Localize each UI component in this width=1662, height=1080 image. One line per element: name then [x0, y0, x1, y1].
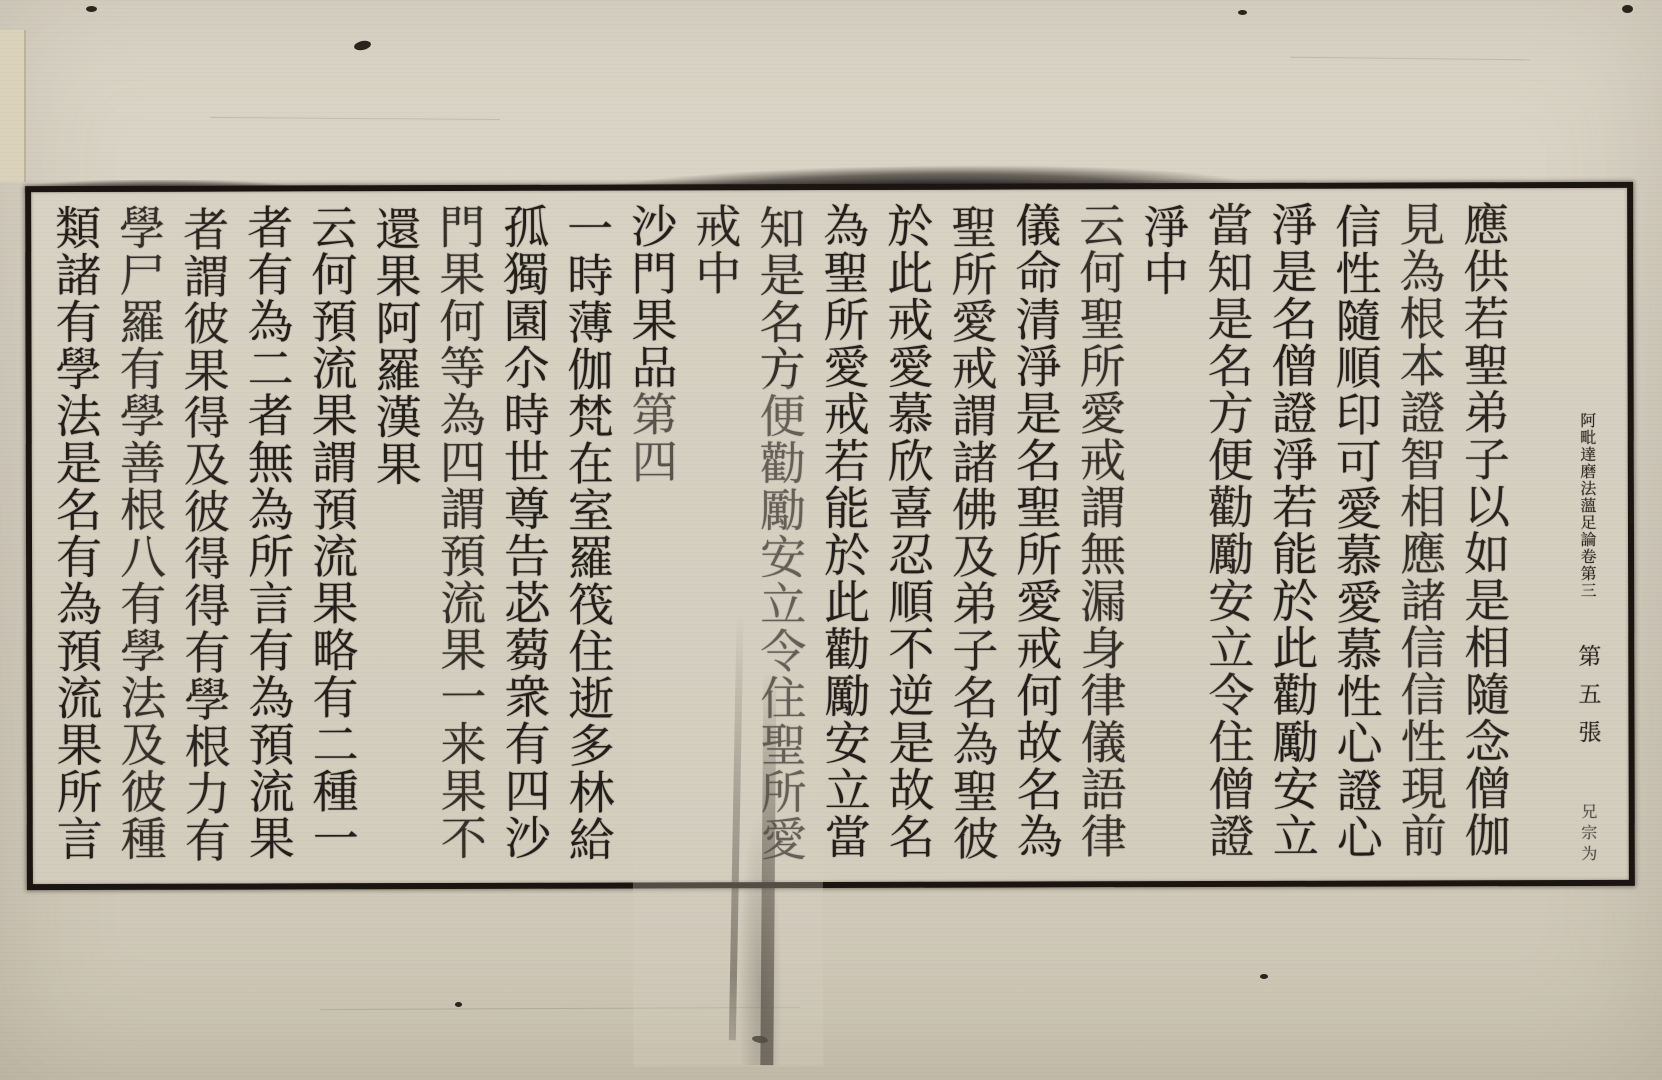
volume-title: 阿毗達磨法薀足論卷第三 — [1578, 412, 1597, 599]
text-column: 淨是名僧證淨若能於此勸勵安立 — [1259, 201, 1325, 877]
paper-fiber — [320, 1007, 800, 1011]
text-column: 見為根本證智相應諸信信性現前 — [1387, 200, 1453, 876]
text-column: 云何預流果謂預流果略有二種一 — [299, 203, 365, 879]
margin-annotations: 阿毗達磨法薀足論卷第三 第五張 兄宗为 — [1568, 402, 1605, 876]
paper-fiber — [1290, 57, 1530, 61]
ink-speck — [1622, 5, 1633, 13]
text-block-frame: 應供若聖弟子以如是相隨念僧伽見為根本證智相應諸信信性現前信性隨順印可愛慕愛慕性心… — [25, 182, 1635, 890]
text-column: 者有為二者無為所言有為預流果 — [235, 203, 301, 879]
text-column: 於此戒愛慕欣喜忍順不逆是故名 — [875, 202, 941, 878]
text-column: 類諸有學法是名有為預流果所言 — [43, 204, 109, 880]
text-column: 云何聖所愛戒謂無漏身律儀語律 — [1067, 201, 1133, 877]
text-column: 一時薄伽梵在室羅筏住逝多林給 — [555, 205, 621, 881]
paper-tab-edge — [0, 30, 26, 182]
ink-speck — [353, 39, 371, 51]
text-column: 學尸羅有學善根八有學法及彼種 — [107, 204, 173, 880]
ink-speck — [1260, 974, 1268, 979]
text-column: 門果何等為四謂預流果一来果不 — [427, 203, 493, 879]
text-column: 為聖所愛戒若能於此勸勵安立當 — [811, 202, 877, 878]
ink-speck — [752, 1035, 769, 1044]
text-column: 當知是名方便勸勵安立令住僧證 — [1195, 201, 1261, 877]
ink-speck — [86, 6, 97, 12]
paper-fiber — [210, 117, 500, 120]
sheet-number: 第五張 — [1574, 644, 1600, 758]
text-columns: 應供若聖弟子以如是相隨念僧伽見為根本證智相應諸信信性現前信性隨順印可愛慕愛慕性心… — [41, 200, 1517, 880]
text-column: 戒中 — [683, 202, 749, 878]
text-column: 應供若聖弟子以如是相隨念僧伽 — [1451, 200, 1517, 876]
text-column: 孤獨園尒時世尊告苾蒭衆有四沙 — [491, 203, 557, 879]
carver-name: 兄宗为 — [1579, 803, 1598, 866]
text-column: 者謂彼果得及彼得得有學根力有 — [171, 206, 237, 882]
text-column: 淨中 — [1131, 203, 1197, 879]
ink-speck — [1238, 10, 1247, 15]
inner-border-fragment — [1630, 412, 1633, 524]
text-column: 沙門果品第四 — [619, 202, 685, 878]
text-column: 聖所愛戒謂諸佛及弟子名為聖彼 — [939, 204, 1005, 880]
text-column: 信性隨順印可愛慕愛慕性心證心 — [1323, 203, 1389, 879]
scanned-page: 應供若聖弟子以如是相隨念僧伽見為根本證智相應諸信信性現前信性隨順印可愛慕愛慕性心… — [0, 0, 1662, 1080]
text-column: 儀命清淨是名聖所愛戒何故名為 — [1003, 201, 1069, 877]
ink-speck — [455, 1002, 462, 1007]
text-column: 知是名方便勸勵安立令住聖所愛 — [747, 204, 813, 880]
text-column: 還果阿羅漢果 — [363, 205, 429, 881]
